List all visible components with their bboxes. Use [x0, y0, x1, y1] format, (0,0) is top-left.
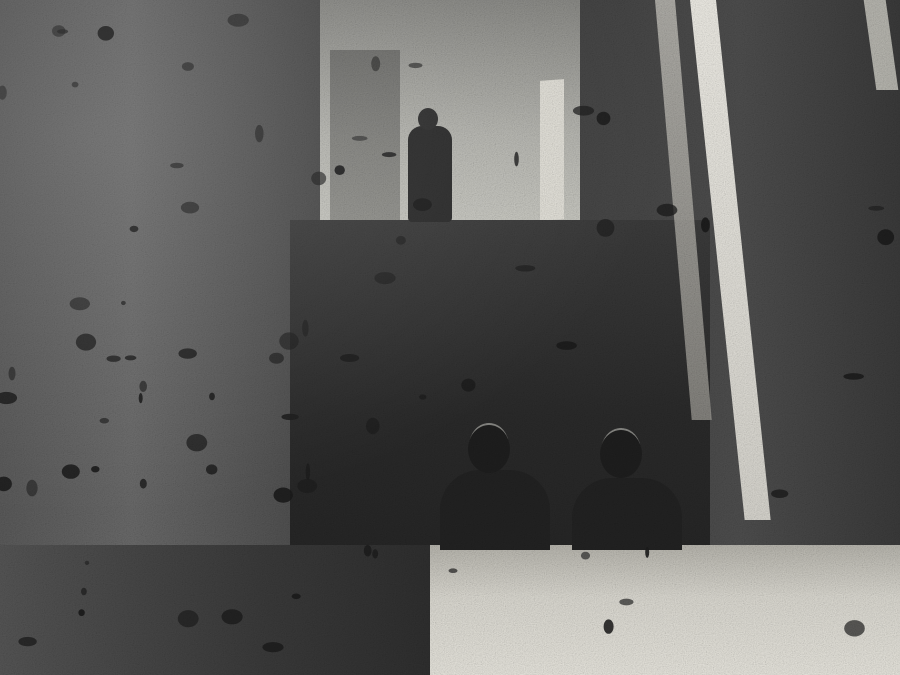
photo-glare — [0, 0, 900, 675]
lithograph-artwork — [0, 0, 900, 675]
